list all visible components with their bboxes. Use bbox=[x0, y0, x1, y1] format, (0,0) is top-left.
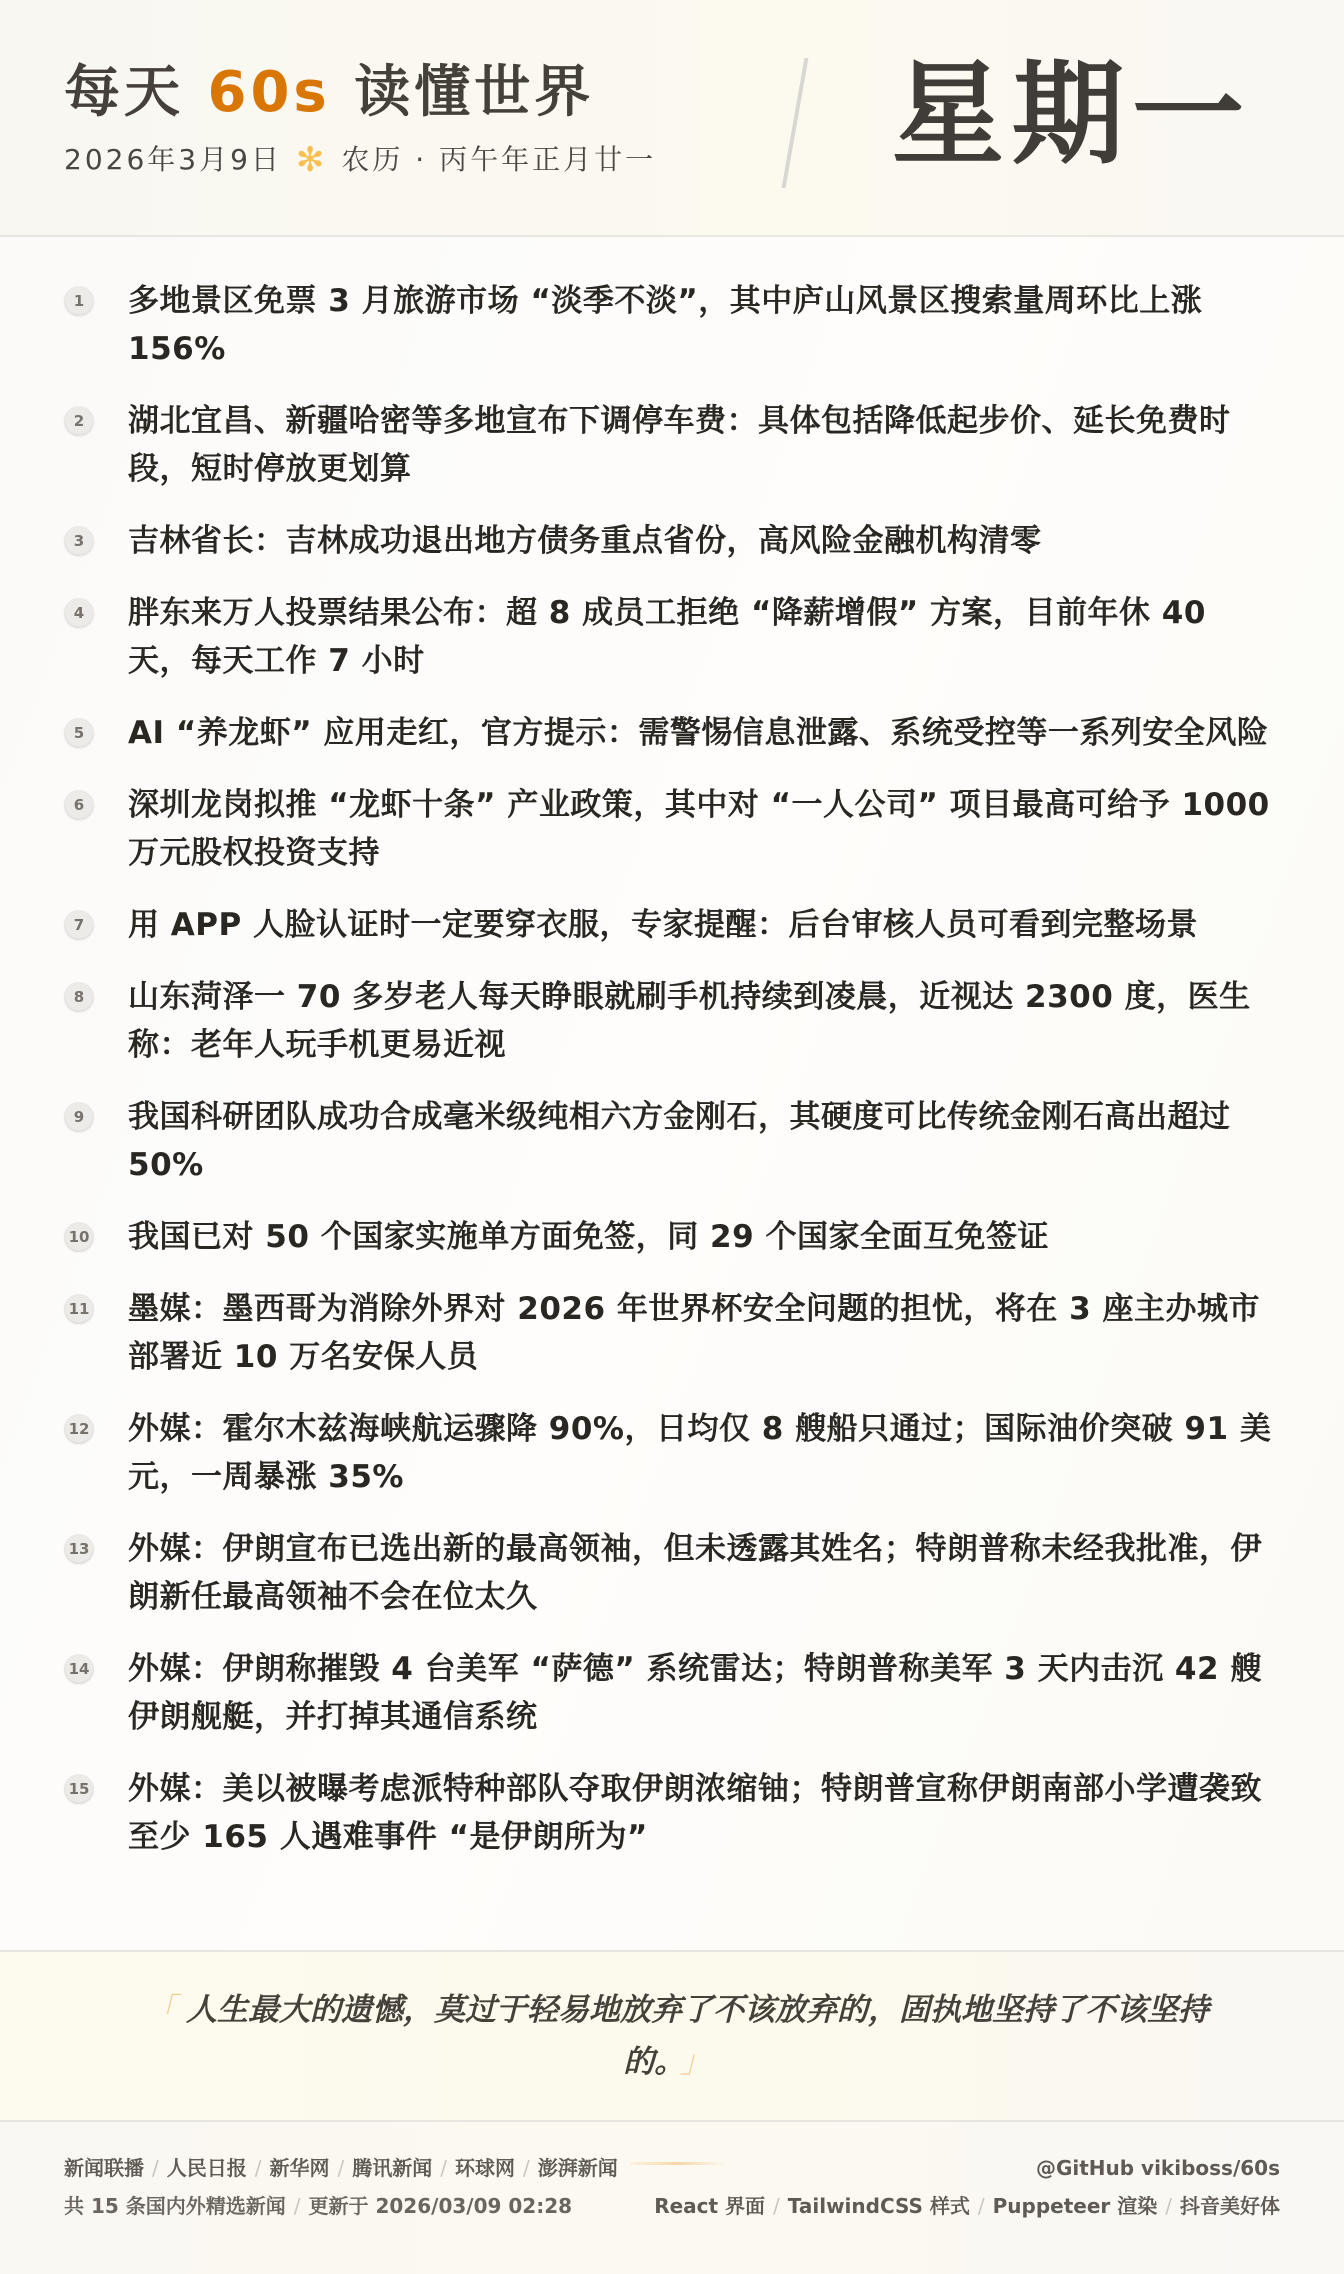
lunar-date: 农历 · 丙午年正月廿一 bbox=[341, 140, 656, 180]
news-item: 3吉林省长：吉林成功退出地方债务重点省份，高风险金融机构清零 bbox=[0, 517, 1344, 565]
news-text: 用 APP 人脸认证时一定要穿衣服，专家提醒：后台审核人员可看到完整场景 bbox=[128, 901, 1278, 949]
news-text: 胖东来万人投票结果公布：超 8 成员工拒绝 “降薪增假” 方案，目前年休 40 … bbox=[128, 589, 1278, 685]
quote-close-icon: 」 bbox=[680, 2044, 711, 2080]
separator: / bbox=[1165, 2194, 1172, 2218]
page-title: 每天 60s 读懂世界 bbox=[64, 58, 594, 128]
header-divider bbox=[782, 58, 809, 188]
number-badge: 4 bbox=[64, 598, 94, 628]
number-badge: 11 bbox=[64, 1294, 94, 1324]
separator: / bbox=[255, 2156, 262, 2180]
number-badge: 9 bbox=[64, 1102, 94, 1132]
separator: / bbox=[978, 2194, 985, 2218]
separator: / bbox=[773, 2194, 780, 2218]
number-badge: 5 bbox=[64, 718, 94, 748]
news-item: 2湖北宜昌、新疆哈密等多地宣布下调停车费：具体包括降低起步价、延长免费时段，短时… bbox=[0, 397, 1344, 493]
news-item: 11墨媒：墨西哥为消除外界对 2026 年世界杯安全问题的担忧，将在 3 座主办… bbox=[0, 1285, 1344, 1381]
title-suffix: 读懂世界 bbox=[354, 60, 594, 125]
news-item: 9我国科研团队成功合成毫米级纯相六方金刚石，其硬度可比传统金刚石高出超过 50% bbox=[0, 1093, 1344, 1189]
source-item: 新闻联播 bbox=[64, 2156, 144, 2180]
news-meta: 共 15 条国内外精选新闻/更新于 2026/03/09 02:28 bbox=[64, 2190, 572, 2222]
news-text: 外媒：霍尔木兹海峡航运骤降 90%，日均仅 8 艘船只通过；国际油价突破 91 … bbox=[128, 1405, 1278, 1501]
stack-item: 抖音美好体 bbox=[1180, 2194, 1280, 2218]
separator: / bbox=[523, 2156, 530, 2180]
news-item: 4胖东来万人投票结果公布：超 8 成员工拒绝 “降薪增假” 方案，目前年休 40… bbox=[0, 589, 1344, 685]
number-badge: 10 bbox=[64, 1222, 94, 1252]
title-accent: 60s bbox=[208, 60, 331, 125]
footer-ornament-line bbox=[630, 2162, 726, 2165]
source-item: 人民日报 bbox=[167, 2156, 247, 2180]
news-item: 8山东菏泽一 70 多岁老人每天睁眼就刷手机持续到凌晨，近视达 2300 度，医… bbox=[0, 973, 1344, 1069]
separator: / bbox=[152, 2156, 159, 2180]
number-badge: 15 bbox=[64, 1774, 94, 1804]
source-item: 环球网 bbox=[455, 2156, 515, 2180]
news-section: 1多地景区免票 3 月旅游市场 “淡季不淡”，其中庐山风景区搜索量周环比上涨 1… bbox=[0, 237, 1344, 1950]
title-prefix: 每天 bbox=[64, 60, 184, 125]
number-badge: 13 bbox=[64, 1534, 94, 1564]
separator: / bbox=[294, 2194, 301, 2218]
quote-section: 「人生最大的遗憾，莫过于轻易地放弃了不该放弃的，固执地坚持了不该坚持的。」 bbox=[0, 1950, 1344, 2122]
tech-stack: React 界面/TailwindCSS 样式/Puppeteer 渲染/抖音美… bbox=[654, 2190, 1280, 2222]
date-line: 2026年3月9日 ✻ 农历 · 丙午年正月廿一 bbox=[64, 140, 656, 180]
news-item: 15外媒：美以被曝考虑派特种部队夺取伊朗浓缩铀；特朗普宣称伊朗南部小学遭袭致至少… bbox=[0, 1765, 1344, 1861]
news-text: 多地景区免票 3 月旅游市场 “淡季不淡”，其中庐山风景区搜索量周环比上涨 15… bbox=[128, 277, 1278, 373]
number-badge: 7 bbox=[64, 910, 94, 940]
news-item: 10我国已对 50 个国家实施单方面免签，同 29 个国家全面互免签证 bbox=[0, 1213, 1344, 1261]
news-item: 14外媒：伊朗称摧毁 4 台美军 “萨德” 系统雷达；特朗普称美军 3 天内击沉… bbox=[0, 1645, 1344, 1741]
github-credit: @GitHub vikiboss/60s bbox=[1036, 2152, 1280, 2184]
quote-open-icon: 「 bbox=[145, 1992, 176, 2028]
news-text: 我国已对 50 个国家实施单方面免签，同 29 个国家全面互免签证 bbox=[128, 1213, 1278, 1261]
news-text: 外媒：伊朗称摧毁 4 台美军 “萨德” 系统雷达；特朗普称美军 3 天内击沉 4… bbox=[128, 1645, 1278, 1741]
separator: / bbox=[440, 2156, 447, 2180]
news-item: 1多地景区免票 3 月旅游市场 “淡季不淡”，其中庐山风景区搜索量周环比上涨 1… bbox=[0, 277, 1344, 373]
news-text: AI “养龙虾” 应用走红，官方提示：需警惕信息泄露、系统受控等一系列安全风险 bbox=[128, 709, 1278, 757]
news-text: 墨媒：墨西哥为消除外界对 2026 年世界杯安全问题的担忧，将在 3 座主办城市… bbox=[128, 1285, 1278, 1381]
updated-time: 更新于 2026/03/09 02:28 bbox=[309, 2194, 573, 2218]
news-text: 吉林省长：吉林成功退出地方债务重点省份，高风险金融机构清零 bbox=[128, 517, 1278, 565]
number-badge: 2 bbox=[64, 406, 94, 436]
stack-item: React 界面 bbox=[654, 2194, 765, 2218]
number-badge: 6 bbox=[64, 790, 94, 820]
source-item: 新华网 bbox=[270, 2156, 330, 2180]
weekday: 星期一 bbox=[892, 40, 1252, 190]
news-item: 5AI “养龙虾” 应用走红，官方提示：需警惕信息泄露、系统受控等一系列安全风险 bbox=[0, 709, 1344, 757]
stack-item: Puppeteer 渲染 bbox=[993, 2194, 1158, 2218]
news-list: 1多地景区免票 3 月旅游市场 “淡季不淡”，其中庐山风景区搜索量周环比上涨 1… bbox=[0, 277, 1344, 1885]
number-badge: 1 bbox=[64, 286, 94, 316]
number-badge: 12 bbox=[64, 1414, 94, 1444]
news-text: 外媒：美以被曝考虑派特种部队夺取伊朗浓缩铀；特朗普宣称伊朗南部小学遭袭致至少 1… bbox=[128, 1765, 1278, 1861]
source-item: 澎湃新闻 bbox=[538, 2156, 618, 2180]
news-text: 深圳龙岗拟推 “龙虾十条” 产业政策，其中对 “一人公司” 项目最高可给予 10… bbox=[128, 781, 1278, 877]
page-footer: 新闻联播/人民日报/新华网/腾讯新闻/环球网/澎湃新闻 共 15 条国内外精选新… bbox=[0, 2122, 1344, 2274]
number-badge: 8 bbox=[64, 982, 94, 1012]
news-item: 13外媒：伊朗宣布已选出新的最高领袖，但未透露其姓名；特朗普称未经我批准，伊朗新… bbox=[0, 1525, 1344, 1621]
news-item: 6深圳龙岗拟推 “龙虾十条” 产业政策，其中对 “一人公司” 项目最高可给予 1… bbox=[0, 781, 1344, 877]
news-text: 外媒：伊朗宣布已选出新的最高领袖，但未透露其姓名；特朗普称未经我批准，伊朗新任最… bbox=[128, 1525, 1278, 1621]
news-text: 湖北宜昌、新疆哈密等多地宣布下调停车费：具体包括降低起步价、延长免费时段，短时停… bbox=[128, 397, 1278, 493]
news-sources: 新闻联播/人民日报/新华网/腾讯新闻/环球网/澎湃新闻 bbox=[64, 2152, 618, 2184]
number-badge: 3 bbox=[64, 526, 94, 556]
source-item: 腾讯新闻 bbox=[352, 2156, 432, 2180]
news-item: 12外媒：霍尔木兹海峡航运骤降 90%，日均仅 8 艘船只通过；国际油价突破 9… bbox=[0, 1405, 1344, 1501]
asterisk-icon: ✻ bbox=[296, 140, 328, 180]
gregorian-date: 2026年3月9日 bbox=[64, 140, 282, 180]
separator: / bbox=[338, 2156, 345, 2180]
number-badge: 14 bbox=[64, 1654, 94, 1684]
news-count: 共 15 条国内外精选新闻 bbox=[64, 2194, 286, 2218]
news-text: 山东菏泽一 70 多岁老人每天睁眼就刷手机持续到凌晨，近视达 2300 度，医生… bbox=[128, 973, 1278, 1069]
news-text: 我国科研团队成功合成毫米级纯相六方金刚石，其硬度可比传统金刚石高出超过 50% bbox=[128, 1093, 1278, 1189]
stack-item: TailwindCSS 样式 bbox=[788, 2194, 970, 2218]
news-item: 7用 APP 人脸认证时一定要穿衣服，专家提醒：后台审核人员可看到完整场景 bbox=[0, 901, 1344, 949]
page-header: 每天 60s 读懂世界 2026年3月9日 ✻ 农历 · 丙午年正月廿一 星期一 bbox=[0, 0, 1344, 237]
daily-quote: 「人生最大的遗憾，莫过于轻易地放弃了不该放弃的，固执地坚持了不该坚持的。」 bbox=[122, 1984, 1222, 2088]
